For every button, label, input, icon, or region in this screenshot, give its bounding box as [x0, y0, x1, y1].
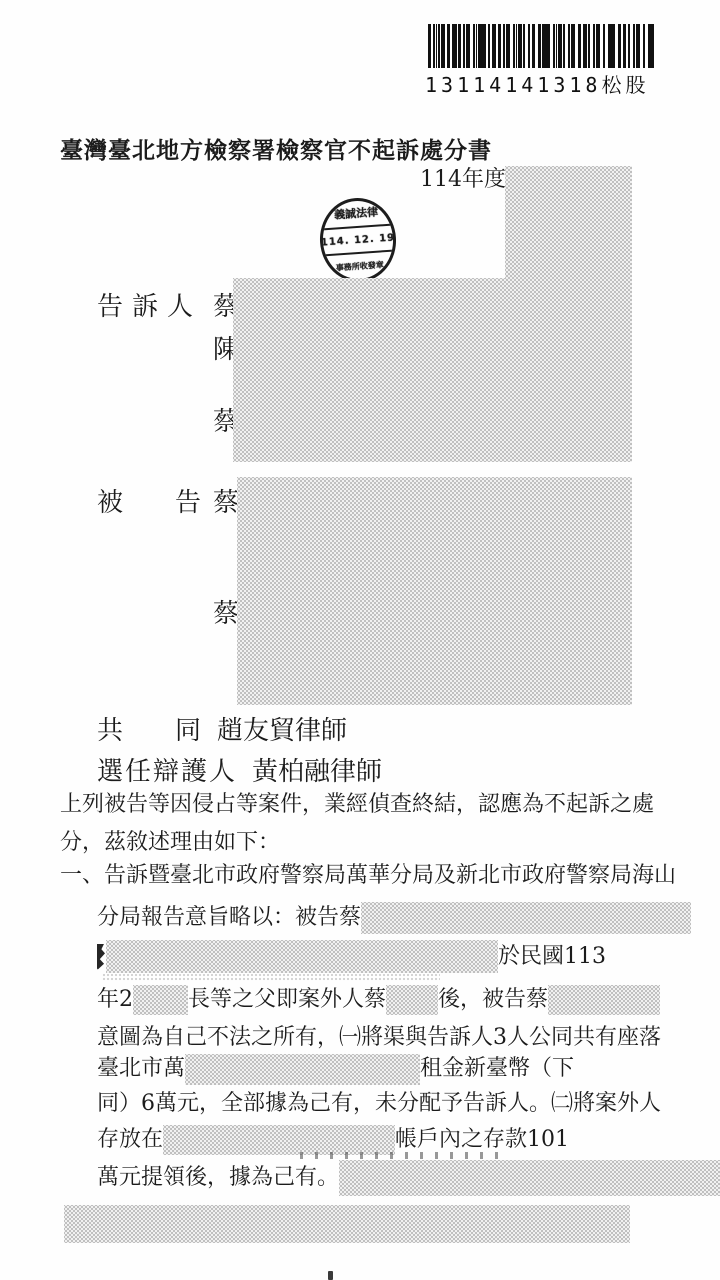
document-title: 臺灣臺北地方檢察署檢察官不起訴處分書	[60, 132, 492, 165]
counsel-name-2: 黃柏融律師	[252, 751, 382, 788]
defendant-name-2: 蔡	[213, 593, 239, 630]
body-text: 意圖為自己不法之所有，㈠將渠與告訴人3人公同共有座落	[97, 1022, 661, 1054]
redaction-block	[361, 902, 691, 934]
counsel-name-1: 趙友貿律師	[217, 710, 347, 747]
page-number-mark	[328, 1271, 333, 1280]
body-text: 租金新臺幣（下	[420, 1053, 574, 1085]
redaction-block	[64, 1205, 630, 1243]
body-line-6: 臺北市萬租金新臺幣（下	[97, 1053, 574, 1085]
redaction-block	[548, 985, 660, 1015]
body-text: 一、告訴暨臺北市政府警察局萬華分局及新北市政府警察局海山	[60, 860, 676, 892]
redaction-block	[163, 1125, 395, 1155]
body-text: 萬元提領後，據為己有。	[97, 1162, 339, 1194]
counsel-label-char: 同	[175, 710, 201, 747]
body-text: 後，被告蔡	[438, 984, 548, 1016]
body-text: 長等之父即案外人蔡	[188, 984, 386, 1016]
counsel-label-joint: 共 同	[97, 710, 201, 747]
counsel-label-appointed: 選任辯護人	[97, 751, 237, 788]
defendant-label-char: 告	[175, 482, 201, 519]
barcode-text: 13114141318松股	[425, 69, 657, 98]
redaction-block	[233, 278, 632, 462]
text-fragment-artifact	[300, 1152, 510, 1159]
defendant-label: 被 告	[97, 482, 201, 519]
body-text: 存放在	[97, 1124, 163, 1156]
body-line-7: 同）6萬元，全部據為己有，未分配予告訴人。㈡將案外人	[97, 1088, 661, 1120]
redaction-block	[106, 940, 498, 973]
complainant-label: 告 訴 人	[97, 286, 193, 323]
redaction-block	[339, 1160, 720, 1196]
body-line-3: 於民國113	[97, 940, 606, 973]
redaction-block	[237, 477, 632, 705]
barcode-image	[428, 24, 654, 68]
body-line-1: 一、告訴暨臺北市政府警察局萬華分局及新北市政府警察局海山	[60, 860, 676, 892]
redaction-block	[505, 166, 632, 278]
body-line-5: 意圖為自己不法之所有，㈠將渠與告訴人3人公同共有座落	[97, 1022, 661, 1054]
body-text: 年2	[97, 984, 133, 1016]
body-line-4: 年2長等之父即案外人蔡後，被告蔡	[97, 984, 660, 1016]
body-text: 於民國113	[498, 941, 606, 973]
statement-line-2: 分，茲敘述理由如下：	[60, 826, 280, 860]
body-line-2: 分局報告意旨略以：被告蔡	[97, 902, 691, 934]
body-line-9: 萬元提領後，據為己有。	[97, 1160, 720, 1196]
receipt-stamp: 義誠法律 114. 12. 19 事務所收發章	[317, 195, 399, 284]
body-text: 同）6萬元，全部據為己有，未分配予告訴人。㈡將案外人	[97, 1088, 661, 1120]
text-fragment	[97, 944, 105, 970]
redaction-block	[185, 1054, 420, 1085]
statement-line-1: 上列被告等因侵占等案件，業經偵查終結，認應為不起訴之處	[60, 788, 654, 822]
redaction-block	[386, 985, 438, 1015]
defendant-name-1: 蔡	[213, 482, 239, 519]
redaction-edge-artifact	[102, 973, 440, 981]
counsel-label-char: 共	[97, 710, 123, 747]
scanned-document-page: 13114141318松股 臺灣臺北地方檢察署檢察官不起訴處分書 114年度偵 …	[0, 0, 720, 1280]
redaction-block	[133, 985, 188, 1015]
body-line-10	[64, 1205, 630, 1243]
defendant-label-char: 被	[97, 482, 123, 519]
body-text: 臺北市萬	[97, 1053, 185, 1085]
complainant-label-char: 告	[97, 286, 123, 323]
body-text: 分局報告意旨略以：被告蔡	[97, 902, 361, 934]
complainant-label-char: 訴	[132, 286, 158, 323]
complainant-label-char: 人	[167, 286, 193, 323]
stamp-office-label: 事務所收發章	[324, 252, 396, 281]
